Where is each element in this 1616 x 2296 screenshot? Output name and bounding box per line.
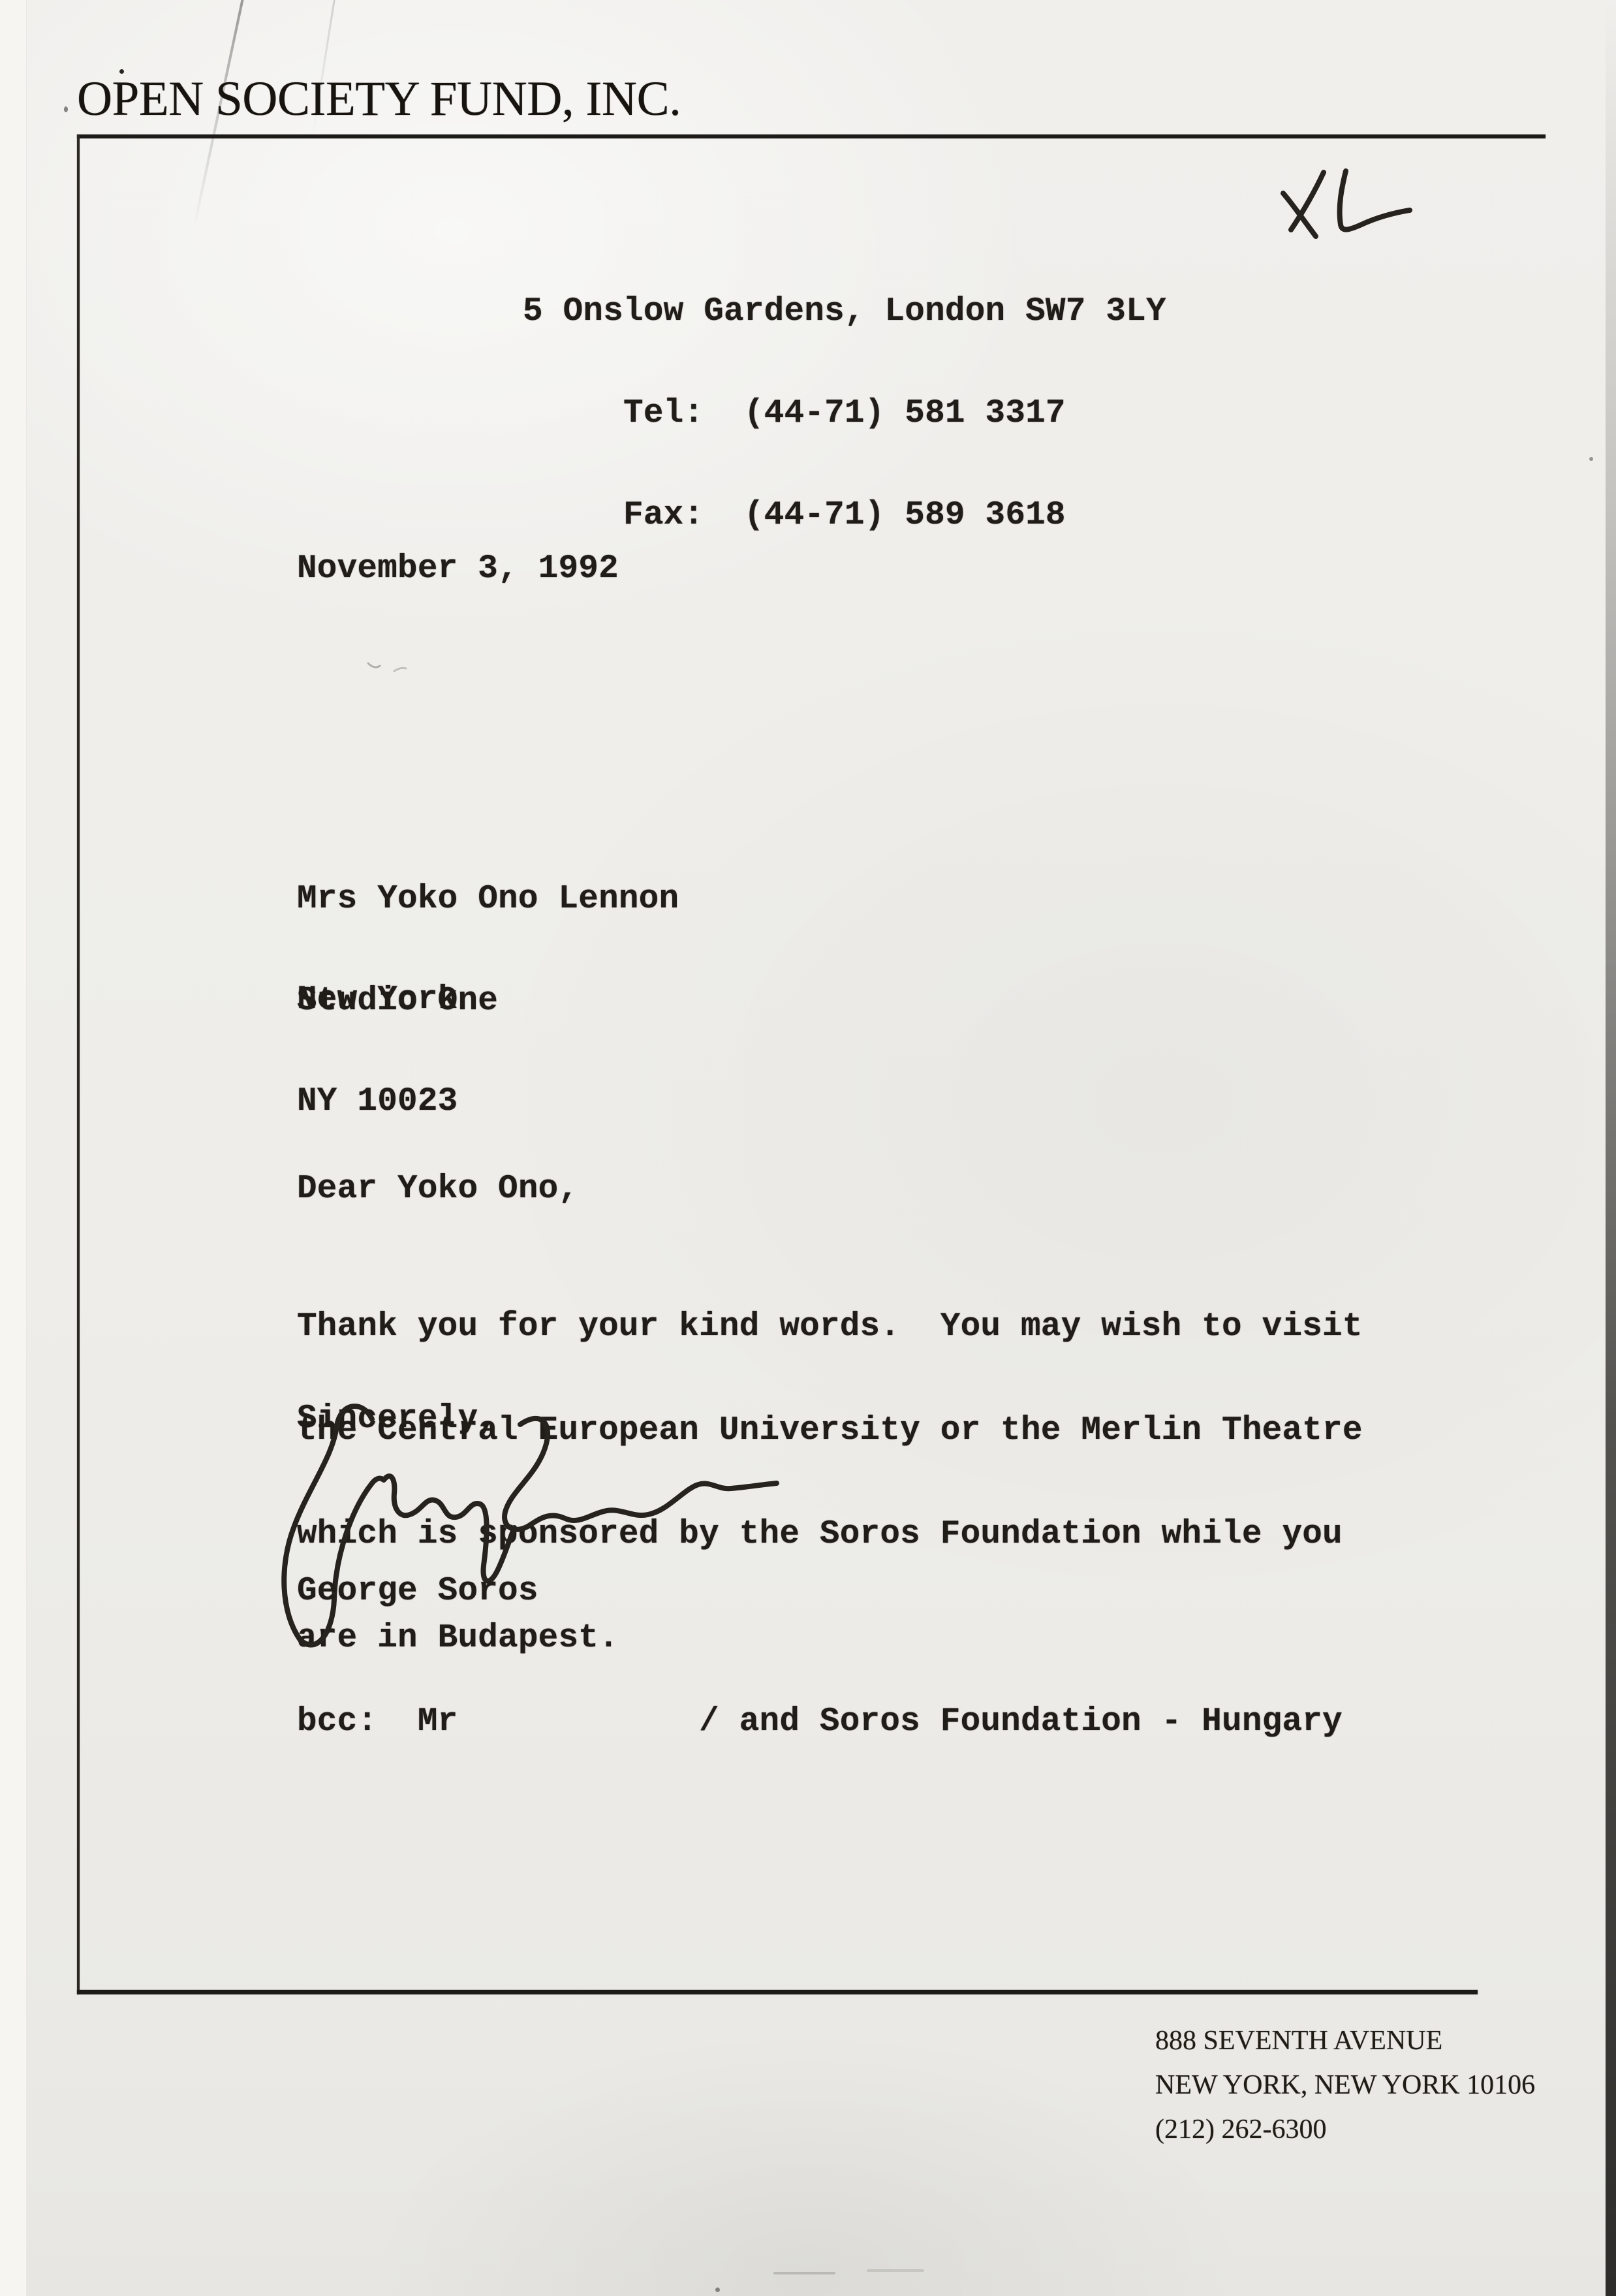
scan-right-edge-shadow — [1606, 0, 1616, 2296]
recipient-name: Mrs Yoko Ono Lennon — [297, 883, 679, 917]
bcc-line: bcc: Mr / and Soros Foundation - Hungary — [297, 1705, 1343, 1739]
signer-name: George Soros — [297, 1575, 538, 1609]
footer-phone: (212) 262-6300 — [1155, 2107, 1535, 2152]
recipient-city: New York — [297, 983, 458, 1017]
scanned-letter-page: OPEN SOCIETY FUND, INC. 5 Onslow Gardens… — [0, 0, 1616, 2296]
ink-speck — [1589, 457, 1593, 461]
letter-frame-left-rule — [77, 134, 80, 1994]
recipient-city-block: New York NY 10023 — [297, 915, 458, 1187]
footer-street: 888 SEVENTH AVENUE — [1155, 2019, 1535, 2063]
handwritten-initials-kl-mark — [1274, 165, 1424, 249]
pencil-tick-marks — [365, 654, 411, 680]
letter-frame-bottom-rule — [77, 1990, 1478, 1994]
london-address-line: 5 Onslow Gardens, London SW7 3LY — [523, 295, 1166, 329]
footer-city: NEW YORK, NEW YORK 10106 — [1155, 2063, 1535, 2107]
scan-left-margin-band — [0, 0, 27, 2296]
letter-date: November 3, 1992 — [297, 552, 619, 586]
london-fax-line: Fax: (44-71) 589 3618 — [523, 499, 1166, 533]
scan-smudge-dash — [867, 2269, 924, 2272]
london-address-block: 5 Onslow Gardens, London SW7 3LY Tel: (4… — [523, 227, 1166, 601]
signature-stroke-surname — [505, 1419, 777, 1530]
scan-smudge-dash — [773, 2272, 835, 2274]
body-line: Thank you for your kind words. You may w… — [297, 1310, 1363, 1344]
ink-speck — [64, 106, 68, 112]
london-tel-line: Tel: (44-71) 581 3317 — [523, 397, 1166, 431]
george-soros-signature-scribble — [274, 1397, 783, 1658]
footer-address-block: 888 SEVENTH AVENUE NEW YORK, NEW YORK 10… — [1155, 2019, 1535, 2152]
pencil-tick — [394, 668, 406, 671]
pencil-tick — [368, 663, 380, 667]
ink-speck — [119, 69, 124, 74]
ink-speck — [715, 2288, 720, 2292]
salutation: Dear Yoko Ono, — [297, 1172, 578, 1206]
initials-stroke-3 — [1340, 171, 1410, 230]
org-name-title: OPEN SOCIETY FUND, INC. — [77, 73, 681, 125]
recipient-zip: NY 10023 — [297, 1085, 458, 1119]
letterhead-top-rule — [77, 134, 1546, 138]
